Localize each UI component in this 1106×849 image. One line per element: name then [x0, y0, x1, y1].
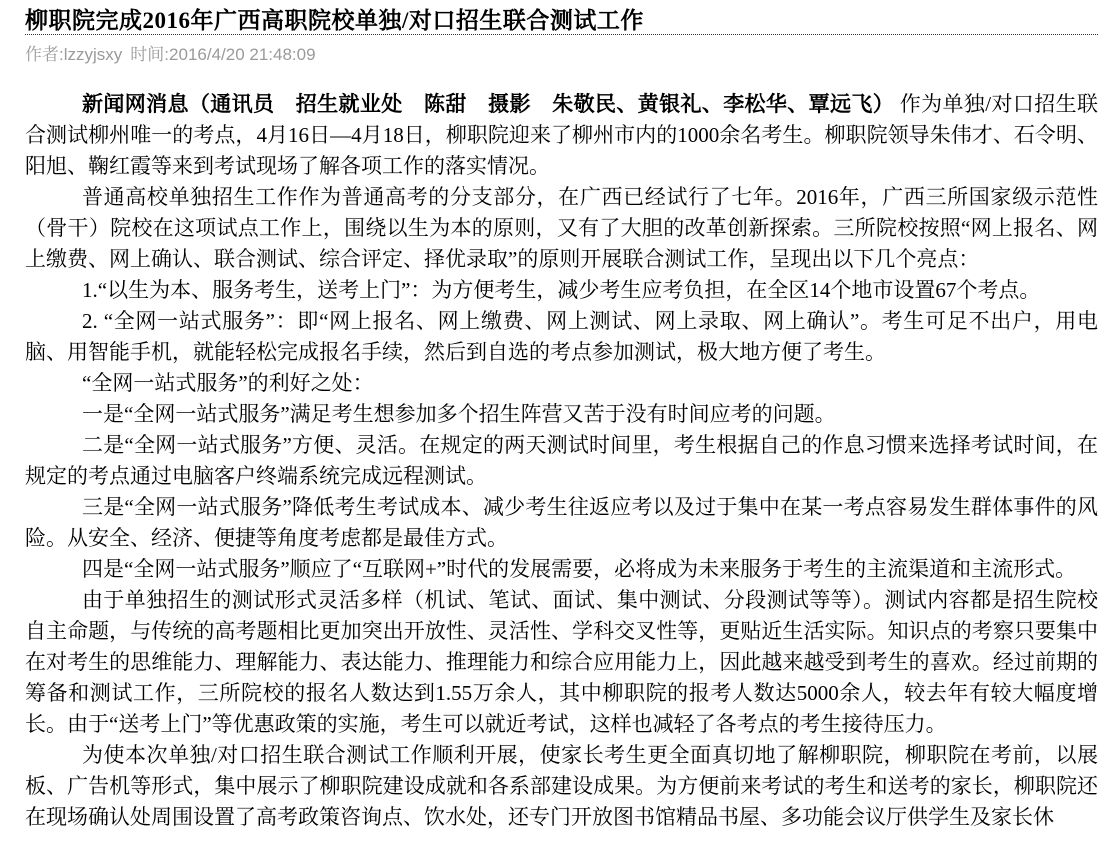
author-value: lzzyjsxy	[64, 45, 123, 64]
lead-byline-bold: 新闻网消息（通讯员 招生就业处 陈甜 摄影 朱敬民、黄银礼、李松华、覃远飞）	[82, 92, 894, 116]
paragraph: 2. “全网一站式服务”：即“网上报名、网上缴费、网上测试、网上录取、网上确认”…	[25, 306, 1098, 368]
paragraph: 一是“全网一站式服务”满足考生想参加多个招生阵营又苦于没有时间应考的问题。	[25, 399, 1098, 430]
paragraph: 1.“以生为本、服务考生，送考上门”：为方便考生，减少考生应考负担，在全区14个…	[25, 275, 1098, 306]
paragraph: 四是“全网一站式服务”顺应了“互联网+”时代的发展需要，必将成为未来服务于考生的…	[25, 554, 1098, 585]
paragraph: 由于单独招生的测试形式灵活多样（机试、笔试、面试、集中测试、分段测试等等）。测试…	[25, 585, 1098, 740]
paragraph: 普通高校单独招生工作作为普通高考的分支部分，在广西已经试行了七年。2016年，广…	[25, 182, 1098, 275]
article-header: 柳职院完成2016年广西高职院校单独/对口招生联合测试工作	[25, 0, 1098, 35]
article-meta: 作者:lzzyjsxy时间:2016/4/20 21:48:09	[25, 44, 1098, 65]
paragraph: “全网一站式服务”的利好之处：	[25, 368, 1098, 399]
time-label: 时间:	[130, 45, 169, 64]
author-label: 作者:	[25, 45, 64, 64]
paragraph: 三是“全网一站式服务”降低考生考试成本、减少考生往返应考以及过于集中在某一考点容…	[25, 492, 1098, 554]
time-value: 2016/4/20 21:48:09	[169, 45, 316, 64]
article-page: 柳职院完成2016年广西高职院校单独/对口招生联合测试工作 作者:lzzyjsx…	[0, 0, 1106, 849]
paragraph-lead: 新闻网消息（通讯员 招生就业处 陈甜 摄影 朱敬民、黄银礼、李松华、覃远飞） 作…	[25, 89, 1098, 182]
paragraph: 为使本次单独/对口招生联合测试工作顺利开展，使家长考生更全面真切地了解柳职院，柳…	[25, 740, 1098, 833]
paragraph: 二是“全网一站式服务”方便、灵活。在规定的两天测试时间里，考生根据自己的作息习惯…	[25, 430, 1098, 492]
page-title: 柳职院完成2016年广西高职院校单独/对口招生联合测试工作	[25, 7, 1098, 34]
article-body: 新闻网消息（通讯员 招生就业处 陈甜 摄影 朱敬民、黄银礼、李松华、覃远飞） 作…	[0, 89, 1106, 833]
